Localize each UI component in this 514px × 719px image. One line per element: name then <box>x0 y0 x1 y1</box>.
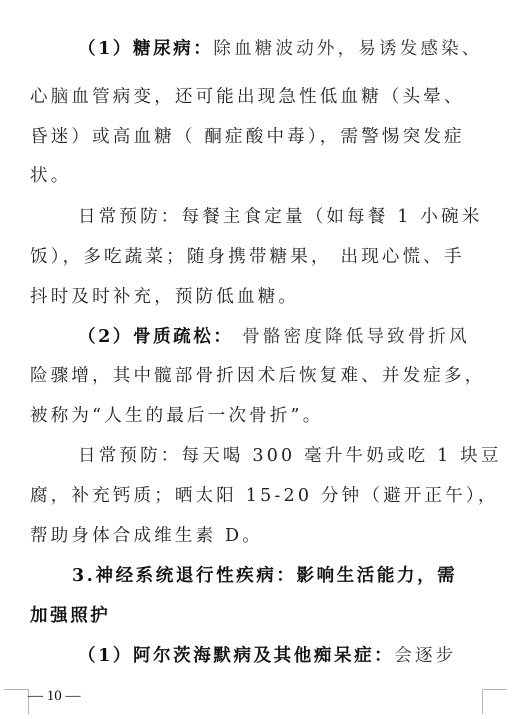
paragraph-diabetes-line-2: 心脑血管病变，还可能出现急性低血糖（头晕、 <box>30 85 480 109</box>
paragraph-diabetes-prevention-line-1: 日常预防：每餐主食定量（如每餐 1 小碗米 <box>78 205 478 229</box>
heading-osteoporosis: （2）骨质疏松： <box>78 327 233 347</box>
page-number: — 10 — <box>28 687 81 705</box>
paragraph-osteoporosis-prevention-line-1: 日常预防：每天喝 300 毫升牛奶或吃 1 块豆 <box>78 444 478 468</box>
paragraph-diabetes-prevention-line-2: 饭），多吃蔬菜；随身携带糖果， 出现心慌、手 <box>30 245 480 269</box>
paragraph-osteoporosis-line-2: 险骤增，其中髋部骨折因术后恢复难、并发症多， <box>30 364 480 388</box>
section-heading-neuro-line-2: 加强照护 <box>30 604 480 628</box>
heading-diabetes: （1）糖尿病： <box>78 39 213 59</box>
paragraph-diabetes-line-1: （1）糖尿病：除血糖波动外，易诱发感染、 <box>78 37 478 61</box>
paragraph-osteoporosis-line-1: （2）骨质疏松： 骨骼密度降低导致骨折风 <box>78 325 478 349</box>
paragraph-osteoporosis-line-3: 被称为“人生的最后一次骨折”。 <box>30 404 480 428</box>
paragraph-osteoporosis-prevention-line-2: 腐，补充钙质；晒太阳 15-20 分钟（避开正午）， <box>30 484 480 508</box>
paragraph-diabetes-prevention-line-3: 抖时及时补充，预防低血糖。 <box>30 285 480 309</box>
section-heading-neuro-line-1: 3.神经系统退行性疾病：影响生活能力，需 <box>72 564 472 588</box>
paragraph-diabetes-line-3: 昏迷）或高血糖（ 酮症酸中毒），需警惕突发症 <box>30 125 480 149</box>
crop-mark-left-icon <box>4 689 29 714</box>
crop-mark-right-icon <box>482 689 507 714</box>
heading-alzheimers: （1）阿尔茨海默病及其他痴呆症： <box>78 646 394 666</box>
document-page: （1）糖尿病：除血糖波动外，易诱发感染、 心脑血管病变，还可能出现急性低血糖（头… <box>0 0 514 719</box>
paragraph-diabetes-line-4: 状。 <box>30 164 480 188</box>
paragraph-alzheimers-line-1: （1）阿尔茨海默病及其他痴呆症：会逐步 <box>78 644 478 668</box>
paragraph-osteoporosis-prevention-line-3: 帮助身体合成维生素 D。 <box>30 524 480 548</box>
